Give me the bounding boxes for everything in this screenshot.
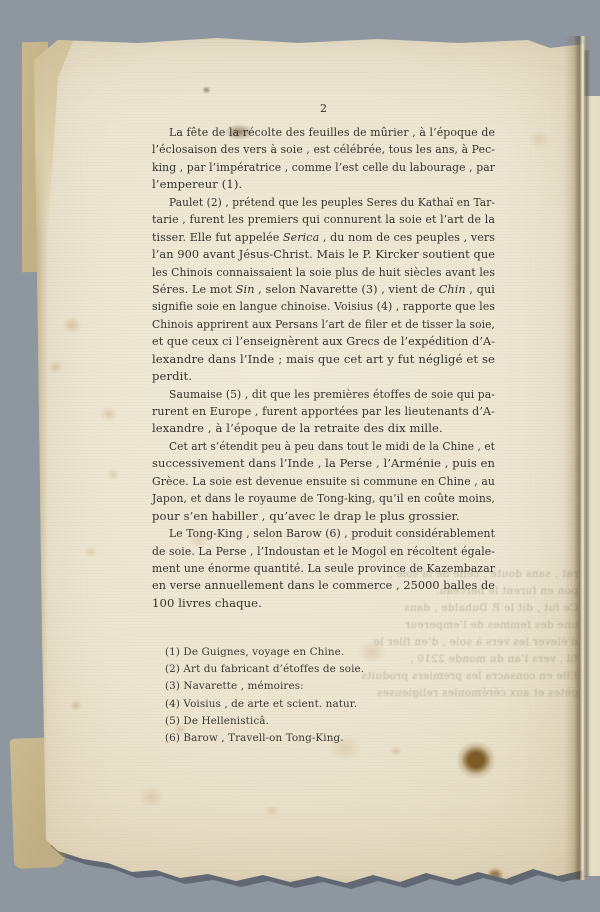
stain xyxy=(264,804,280,818)
stain xyxy=(138,786,164,808)
stain xyxy=(62,316,82,334)
footnote-line: (6) Barow , Travell-on Tong-King. xyxy=(165,730,505,747)
footnote-line: (5) De Hellenisticâ. xyxy=(165,713,505,730)
body-line: ment une énorme quantité. La seule provi… xyxy=(152,560,495,577)
footnote-line: (2) Art du fabricant d’étoffes de soie. xyxy=(165,661,505,678)
body-line: tisser. Elle fut appelée Serica , du nom… xyxy=(152,229,495,246)
body-line: lexandre dans l’Inde ; mais que cet art … xyxy=(152,351,495,368)
body-line: successivement dans l’Inde , la Perse , … xyxy=(152,455,495,472)
body-line: l’an 900 avant Jésus-Christ. Mais le P. … xyxy=(152,246,495,263)
stain xyxy=(100,406,118,422)
body-line: Paulet (2) , prétend que les peuples Ser… xyxy=(152,194,495,211)
body-line: l’éclosaison des vers à soie , est céléb… xyxy=(152,141,495,158)
book-page: rat , sans doute , celle de la soie ,pon… xyxy=(28,34,584,886)
bleedthrough-line: une des femmes de l’empereur xyxy=(290,617,578,634)
body-line: l’empereur (1). xyxy=(152,176,495,193)
ink-dot xyxy=(202,86,211,94)
body-line: signifie soie en langue chinoise. Voisiu… xyxy=(152,298,495,315)
stain xyxy=(390,746,402,756)
body-text: La fête de la récolte des feuilles de mû… xyxy=(152,124,495,612)
stain xyxy=(528,130,550,148)
body-line: pour s’en habiller , qu’avec le drap le … xyxy=(152,508,495,525)
gutter-fold xyxy=(564,36,592,880)
footnote-line: (3) Navarette , mémoires: xyxy=(165,678,505,695)
footnotes: (1) De Guignes, voyage en Chine.(2) Art … xyxy=(165,644,505,747)
body-line: rurent en Europe , furent apportées par … xyxy=(152,403,495,420)
body-line: perdit. xyxy=(152,368,495,385)
body-line: Chinois apprirent aux Persans l’art de f… xyxy=(152,316,495,333)
body-line: en verse annuellement dans le commerce ,… xyxy=(152,577,495,594)
page-number: 2 xyxy=(152,102,495,115)
body-line: Grèce. La soie est devenue ensuite si co… xyxy=(152,473,495,490)
body-line: king , par l’impératrice , comme l’est c… xyxy=(152,159,495,176)
body-line: de soie. La Perse , l’Indoustan et le Mo… xyxy=(152,543,495,560)
body-line: Saumaise (5) , dit que les premières éto… xyxy=(152,386,495,403)
body-line: tarie , furent les premiers qui connuren… xyxy=(152,211,495,228)
body-line: 100 livres chaque. xyxy=(152,595,495,612)
footnote-line: (1) De Guignes, voyage en Chine. xyxy=(165,644,505,661)
body-line: les Chinois connaissaient la soie plus d… xyxy=(152,264,495,281)
body-line: Le Tong-King , selon Barow (6) , produit… xyxy=(152,525,495,542)
stain xyxy=(84,546,98,558)
stain xyxy=(106,468,120,481)
body-line: et que ceux ci l’enseignèrent aux Grecs … xyxy=(152,333,495,350)
body-line: La fête de la récolte des feuilles de mû… xyxy=(152,124,495,141)
body-line: Japon, et dans le royaume de Tong-king, … xyxy=(152,490,495,507)
body-line: Séres. Le mot Sin , selon Navarette (3) … xyxy=(152,281,495,298)
stain xyxy=(48,360,63,374)
body-line: Cet art s’étendit peu à peu dans tout le… xyxy=(152,438,495,455)
scanned-book-photo: rat , sans doute , celle de la soie ,pon… xyxy=(0,0,600,912)
stain xyxy=(70,700,82,711)
footnote-line: (4) Voisius , de arte et scient. natur. xyxy=(165,696,505,713)
body-line: lexandre , à l’époque de la retraite des… xyxy=(152,420,495,437)
